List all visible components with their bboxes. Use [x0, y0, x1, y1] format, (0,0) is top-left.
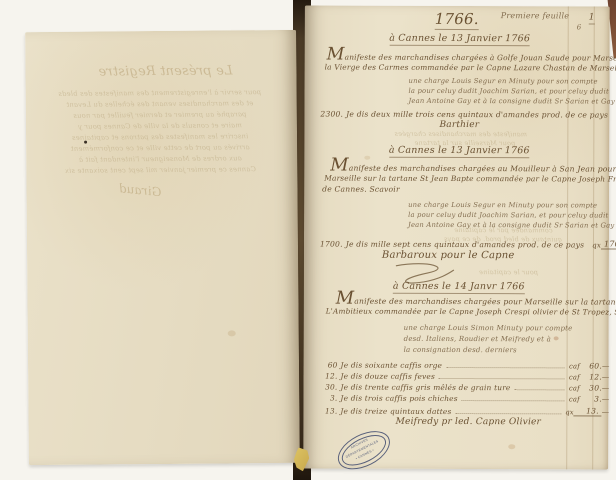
- folio-note: Premiere feuille: [501, 11, 569, 20]
- cargo-amount: 30.: [580, 383, 602, 392]
- showthrough-line: manifeste des marchandises chargées: [394, 130, 527, 138]
- ink-speck: [84, 141, 87, 144]
- cargo-dash: —: [602, 395, 610, 404]
- paper-stain: [228, 330, 236, 336]
- cargo-amount: 12.: [580, 372, 602, 381]
- cargo-qty: 13.: [321, 407, 337, 416]
- entry-signature: Barthier: [404, 120, 514, 130]
- entry-body-line: Marseille sur la tartane St Jean Bapte c…: [324, 174, 616, 184]
- showthrough-title: Le présent Registre: [80, 63, 250, 79]
- showthrough-line: maire et consuls de la ville de Cannes p…: [52, 121, 268, 131]
- cargo-amount: 3.: [580, 394, 602, 403]
- archive-stamp: ARCHIVES DÉPARTEMENTALES • CANNES •: [332, 422, 399, 478]
- entry-total-row: 1700. Je dis mille sept cens quintaux d'…: [320, 239, 610, 250]
- cargo-row: 12. Je dis douze caffis feves caf 12. —: [321, 372, 609, 382]
- entry-detail-line: une charge Louis Simon Minuty pour compt…: [404, 324, 573, 333]
- showthrough-line: pour servir à l'enregistrement des manif…: [52, 88, 268, 98]
- showthrough-line: aux ordres de Monseigneur l'intendant fa…: [52, 154, 268, 164]
- entry-date: à Cannes le 13 Janvier 1766: [360, 33, 560, 45]
- year-heading: 1766.: [425, 10, 489, 28]
- entry-detail-line: Jean Antoine Gay et à la consigne dudit …: [408, 221, 614, 230]
- entry-signature: Meifredy pr led. Capne Olivier: [388, 417, 548, 428]
- dotted-leader: [515, 388, 565, 390]
- cargo-qty: 12.: [321, 372, 337, 381]
- dotted-leader: [439, 377, 565, 379]
- entry-total-row: 2300. Je dis deux mille trois cens quint…: [320, 109, 610, 120]
- cargo-unit: caf: [569, 384, 580, 392]
- dotted-leader: [446, 366, 565, 368]
- folio-number: 1: [589, 12, 595, 22]
- total-unit: qx: [592, 241, 601, 249]
- showthrough-signature: Giraud: [118, 181, 162, 199]
- showthrough-line: paraphé au premier et dernier feuillet p…: [52, 110, 268, 120]
- cargo-desc: Je dis treize quintaux dattes: [340, 407, 451, 416]
- cargo-amount: 60.: [580, 361, 602, 370]
- dotted-leader: [462, 399, 565, 401]
- dotted-leader: [455, 412, 561, 414]
- total-text: Je dis deux mille trois cens quintaux d'…: [346, 110, 608, 120]
- total-amount: 1700.: [601, 240, 616, 250]
- cargo-desc: Je dis douze caffis feves: [340, 372, 434, 381]
- showthrough-line: Cannes ce premier janvier mil sept cent …: [52, 165, 268, 175]
- cargo-unit: caf: [569, 362, 580, 370]
- cargo-row: 60 Je dis soixante caffis orge caf 60. —: [322, 361, 610, 371]
- paper-stain: [554, 336, 559, 340]
- entry-body-line: L'Ambitieux commandée par le Capne Josep…: [326, 307, 616, 317]
- cargo-desc: Je dis trente caffis gris mêlés de grain…: [340, 383, 510, 393]
- cargo-unit: caf: [569, 395, 580, 403]
- entry-detail-line: une charge Louis Segur en Minuty pour so…: [409, 77, 598, 86]
- cargo-qty: 30.: [321, 383, 337, 392]
- paper-stain: [364, 156, 370, 160]
- cargo-qty: 3.: [321, 394, 337, 403]
- entry-detail-line: la pour celuy dudit Joachim Sarian, et p…: [408, 211, 608, 220]
- entry-date: à Cannes le 13 Janvier 1766: [359, 145, 559, 157]
- entry-body-line: la Vierge des Carmes commandée par le Ca…: [325, 63, 616, 73]
- total-number: 1700.: [320, 240, 343, 249]
- entry-detail-line: la pour celuy dudit Joachim Sarian, et p…: [408, 87, 608, 96]
- right-page: manifeste des marchandises chargées pour…: [303, 5, 610, 469]
- cargo-dash: —: [602, 384, 610, 393]
- left-page: Le présent Registre pour servir à l'enre…: [25, 30, 300, 465]
- entry-body-line: Manifeste des marchandises chargées pour…: [336, 294, 616, 307]
- paper-stain: [508, 444, 515, 449]
- showthrough-line: pour le capitaine: [479, 268, 538, 276]
- entry-date: à Cannes le 14 Janvr 1766: [359, 281, 559, 293]
- cargo-dash: —: [602, 362, 610, 371]
- showthrough-line: et des marchandises venant des échelles …: [52, 99, 268, 109]
- cargo-dash: —: [602, 408, 610, 417]
- cargo-row: 30. Je dis trente caffis gris mêlés de g…: [321, 383, 609, 393]
- entry-detail-line: une charge Louis Segur en Minuty pour so…: [408, 201, 597, 210]
- entry-detail-line: la consignation desd. derniers: [404, 346, 517, 354]
- entry-detail-line: desd. Italiens, Roudier et Meifredy et à: [404, 335, 551, 344]
- total-number: 2300.: [320, 110, 343, 119]
- showthrough-line: arrivés au port de cette ville et ce con…: [52, 143, 268, 153]
- cargo-unit: caf: [569, 373, 580, 381]
- cargo-qty: 60: [322, 361, 338, 370]
- entry-body-line: Manifeste des marchandises chargées au M…: [330, 161, 616, 174]
- folio-mark: 6: [577, 23, 582, 31]
- cargo-amount: 13.: [574, 406, 602, 416]
- cargo-row: 3. Je dis trois caffis pois chiches caf …: [321, 394, 609, 404]
- document-scan: Le présent Registre pour servir à l'enre…: [0, 0, 616, 480]
- cargo-desc: Je dis trois caffis pois chiches: [340, 394, 457, 403]
- cargo-row: 13. Je dis treize quintaux dattes qx 13.…: [321, 406, 609, 417]
- entry-body-line: de Cannes. Scavoir: [322, 185, 400, 194]
- cargo-dash: —: [602, 373, 610, 382]
- cargo-desc: Je dis soixante caffis orge: [341, 361, 443, 370]
- entry-body-line: Manifeste des marchandises chargées à Go…: [327, 50, 616, 63]
- cargo-unit: qx: [565, 408, 574, 416]
- entry-detail-line: Jean Antoine Gay et à la consigne dudit …: [408, 97, 614, 106]
- total-text: Je dis mille sept cens quintaux d'amande…: [346, 240, 584, 250]
